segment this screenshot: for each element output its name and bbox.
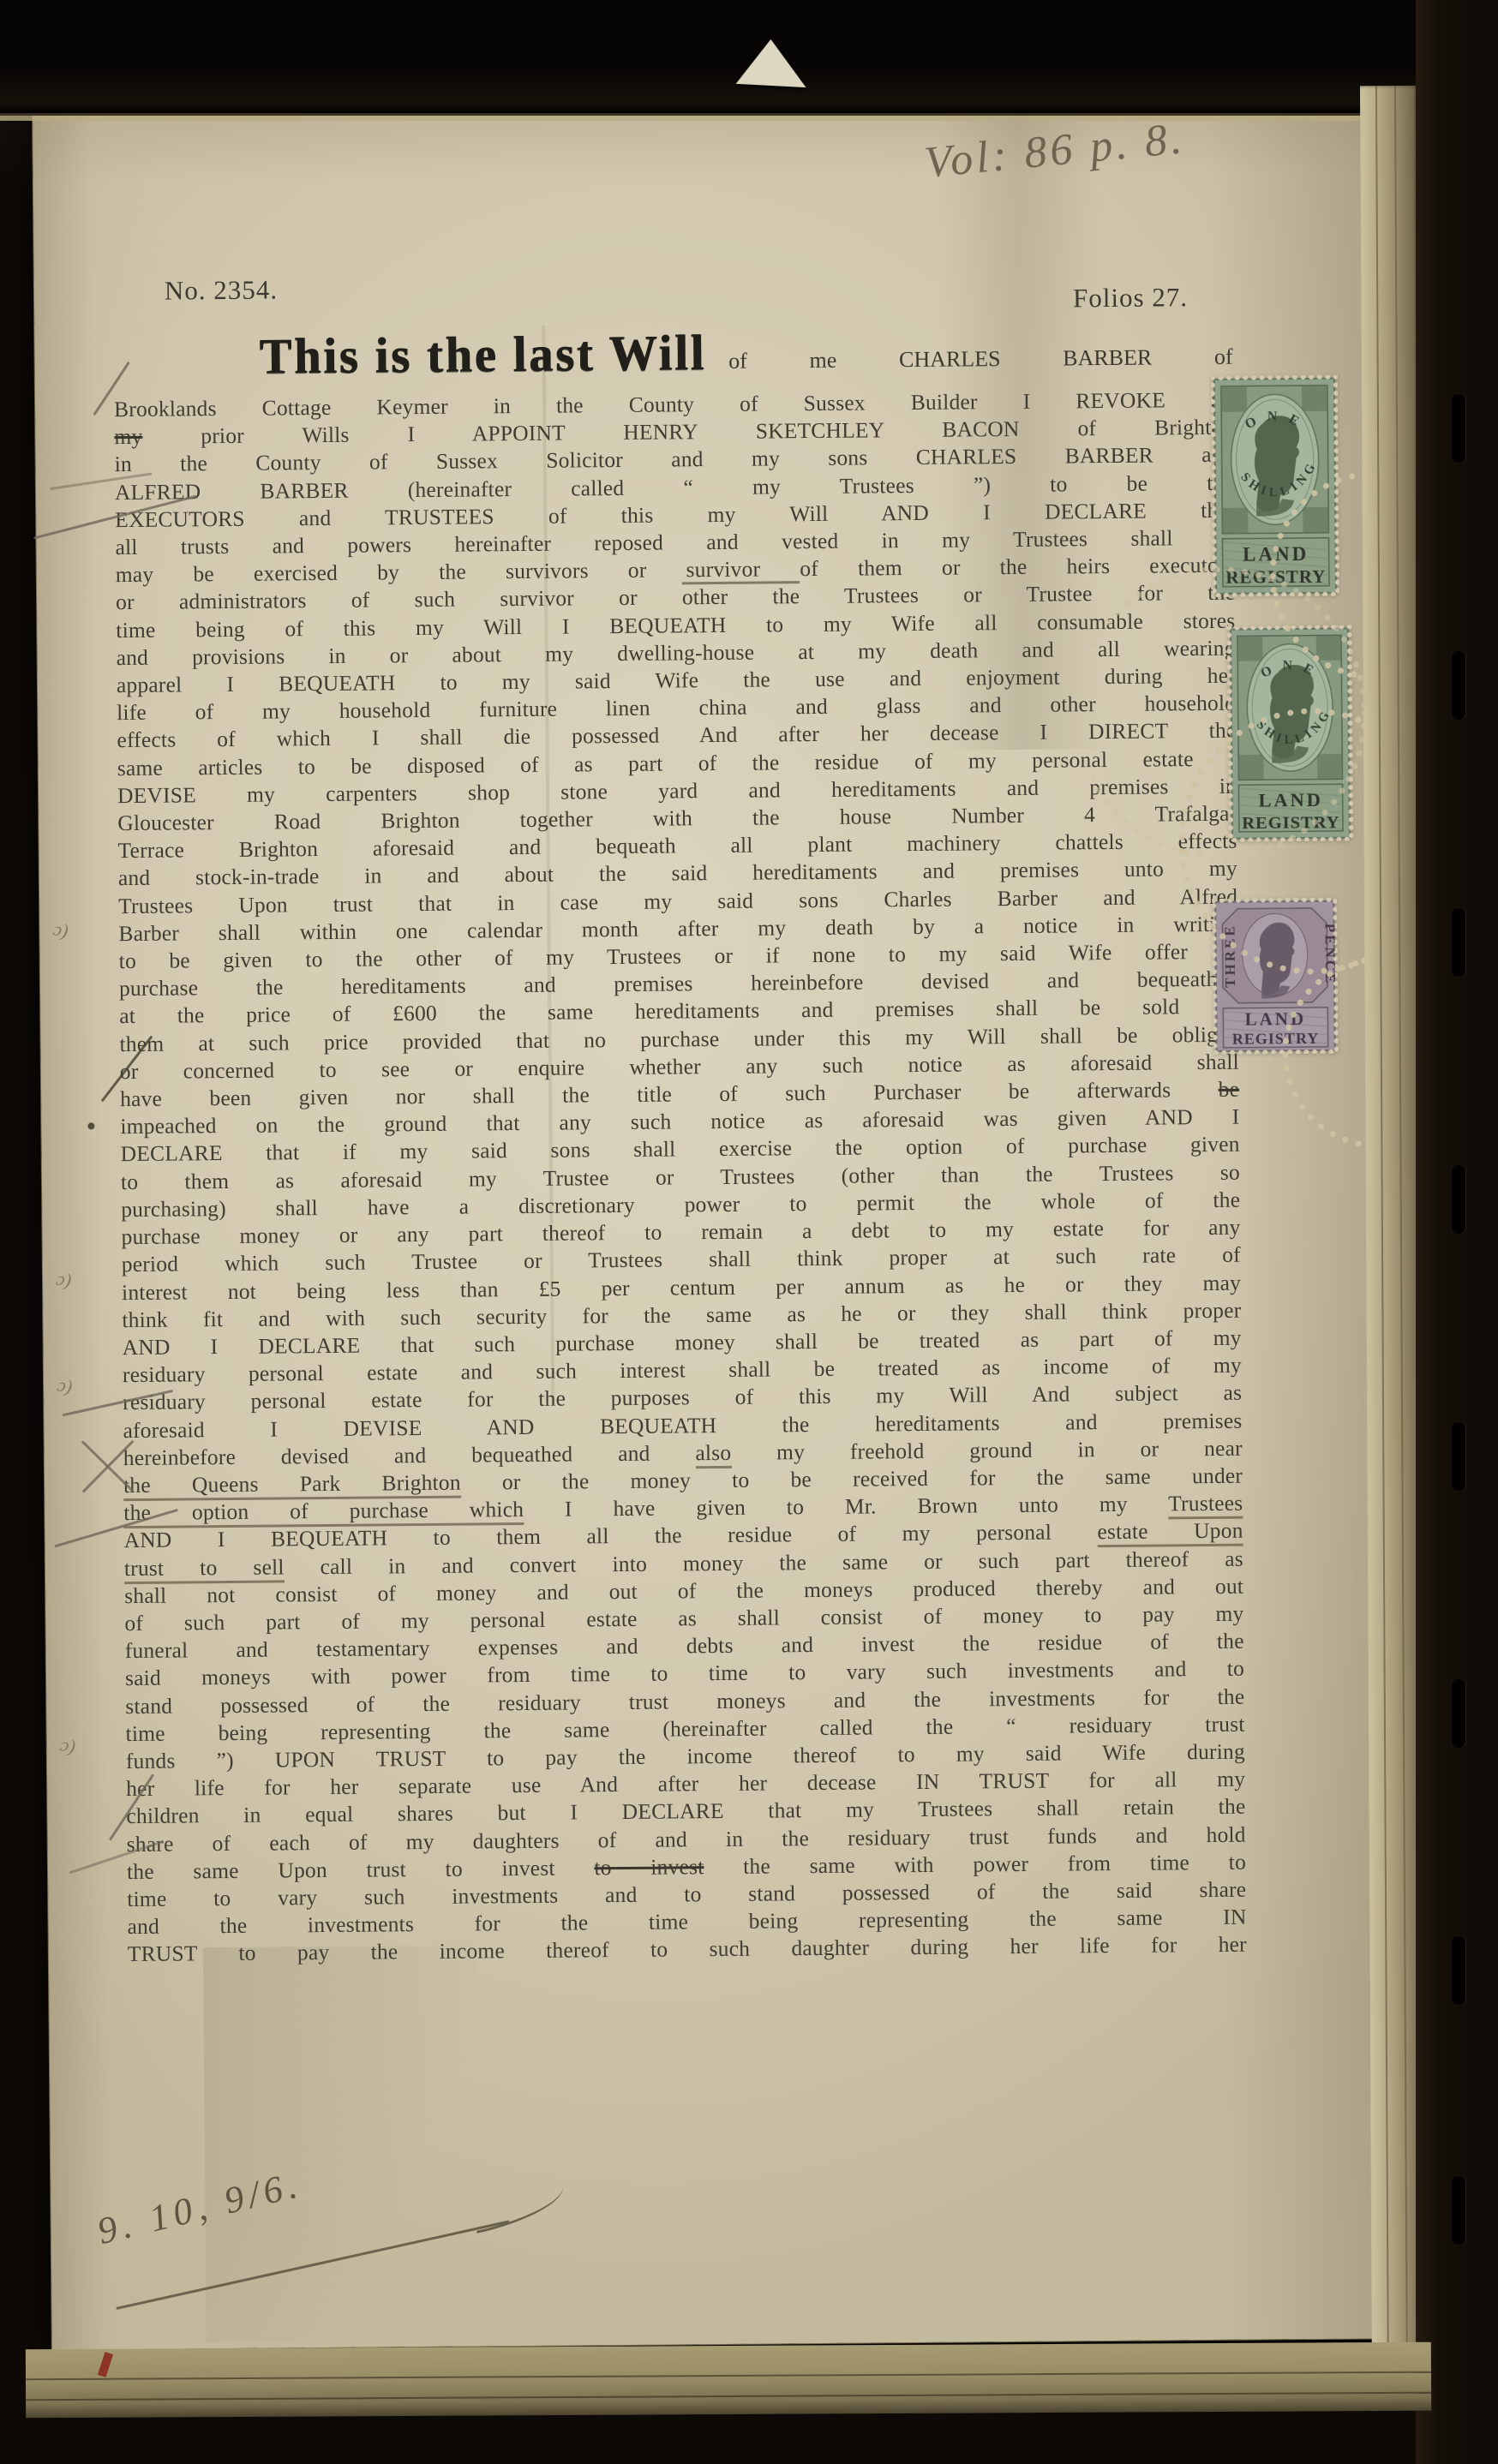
text-segment: I have given to Mr. Brown unto my [524,1492,1168,1522]
text-segment: Trustees or Trustee for the [800,580,1235,608]
text-segment: my freehold ground in or near [731,1435,1243,1464]
torn-paper-tab [736,38,809,87]
annotated-text-segment: Trustees [1168,1491,1243,1520]
binding-stitch [1452,1936,1465,2005]
stamp-overprint-land: LAND [1258,789,1323,811]
will-heading-blackletter: This is the last Will [113,324,706,386]
stamp-value-left: THREE [1221,924,1238,988]
binding-stitch [1452,1165,1465,1234]
annotated-text-segment: be [1218,1077,1239,1102]
bottom-page-edges [26,2342,1431,2419]
document-number: No. 2354. [165,274,278,306]
volume-annotation: Vol: 86 p. 8. [922,113,1187,188]
folios-count: Folios 27. [1073,282,1188,314]
document-page: Vol: 86 p. 8. No. 2354. Folios 27. This … [33,95,1415,2350]
revenue-stamp-one-shilling-1: ONE SHILLING LAND REGISTRY [1211,375,1339,597]
binding-stitch [1452,1679,1465,1748]
annotated-text-segment: other the [682,584,800,610]
revenue-stamp-three-pence: THREE PENCE LAND REGISTRY [1212,898,1339,1055]
text-segment: the same Upon trust to invest [127,1855,595,1884]
text-segment: or administrators of such survivor or [116,585,682,615]
annotated-text-segment: to invest [594,1854,704,1880]
annotated-text-segment: my [114,424,142,449]
binding-stitch [1452,908,1465,977]
scanned-will-page: Vol: 86 p. 8. No. 2354. Folios 27. This … [0,0,1498,2464]
text-segment: the same with power from time to [704,1849,1246,1879]
paper-shadow [203,1945,481,2341]
binding-stitch [1452,2176,1465,2245]
stamp-overprint-land: LAND [1243,543,1309,565]
will-heading: This is the last Will of me CHARLES BARB… [113,321,1233,386]
annotated-text-segment: also [695,1440,731,1468]
binding-stitch [1452,394,1465,463]
annotated-text-segment: estate Upon [1097,1518,1243,1547]
will-heading-testator: of me CHARLES BARBER of [728,344,1233,374]
margin-squiggle: ɔ) [51,918,70,942]
binding-stitch [1452,1422,1465,1491]
margin-squiggle: ɔ) [55,1267,74,1292]
revenue-stamp-one-shilling-2: ONE SHILLING LAND REGISTRY [1226,625,1353,842]
will-body-text: Brooklands Cottage Keymer in the County … [114,386,1247,1969]
text-segment: hereinbefore devised and bequeathed and [123,1440,696,1470]
binding-stitch [1452,651,1465,720]
stamp-overprint-registry: REGISTRY [1232,1030,1320,1048]
fee-annotation: 9. 10, 9/6. [93,2162,306,2253]
book-cover-spine [1416,0,1498,2464]
stamp-overprint-registry: REGISTRY [1242,813,1339,833]
ink-dot [87,1122,94,1129]
stamp-value-right: PENCE [1321,924,1338,986]
margin-squiggle: ɔ) [58,1733,77,1758]
annotated-text-segment: trust to sell [124,1554,285,1584]
stamp-overprint-registry: REGISTRY [1225,566,1326,588]
stamp-overprint-land: LAND [1245,1008,1307,1030]
margin-squiggle: ɔ) [56,1373,75,1398]
